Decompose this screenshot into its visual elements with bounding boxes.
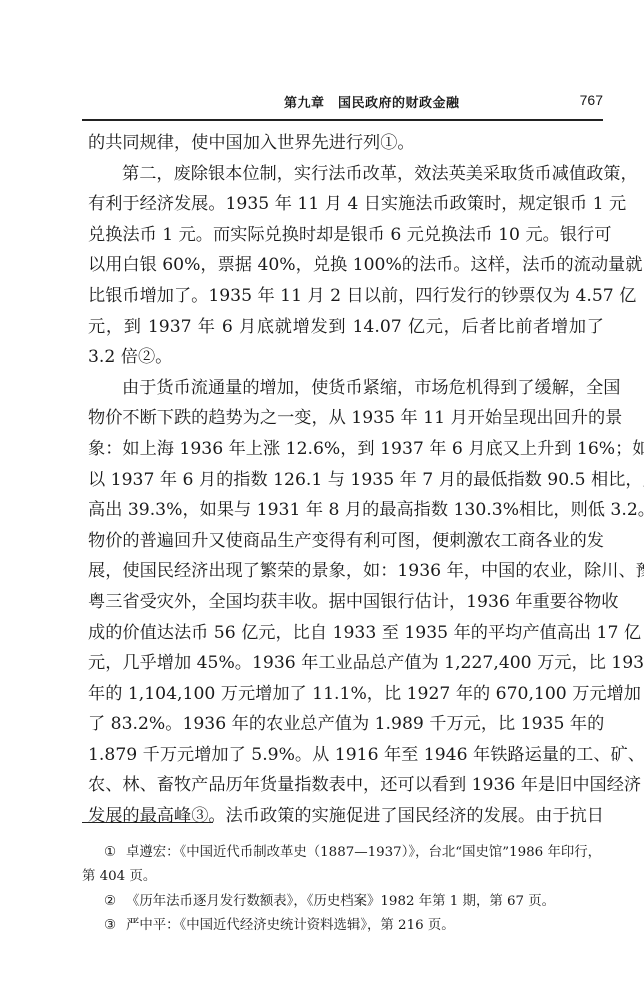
text-line: 元，到 1937 年 6 月底就增发到 14.07 亿元，后者比前者增加了 bbox=[88, 312, 604, 343]
footnote-marker: ② bbox=[82, 890, 116, 914]
paragraph-1: 的共同规律，使中国加入世界先进行列①。 bbox=[88, 128, 604, 159]
footnote-2: ②《历年法币逐月发行数额表》，《历史档案》1982 年第 1 期，第 67 页。 bbox=[82, 890, 622, 914]
footnotes: ①卓遵宏：《中国近代币制改革史（1887—1937）》，台北“国史馆”1986 … bbox=[82, 841, 622, 939]
document-page: 第九章 国民政府的财政金融 767 的共同规律，使中国加入世界先进行列①。 第二… bbox=[0, 0, 644, 1000]
footnote-marker: ③ bbox=[82, 914, 116, 938]
text-line: 物价不断下跌的趋势为之一变，从 1935 年 11 月开始呈现出回升的景 bbox=[88, 403, 604, 434]
text-line: 1.879 千万元增加了 5.9%。从 1916 年至 1946 年铁路运量的工… bbox=[88, 740, 604, 771]
footnote-3: ③严中平：《中国近代经济史统计资料选辑》，第 216 页。 bbox=[82, 914, 622, 938]
footnote-1: ①卓遵宏：《中国近代币制改革史（1887—1937）》，台北“国史馆”1986 … bbox=[82, 841, 622, 890]
text-line: 高出 39.3%，如果与 1931 年 8 月的最高指数 130.3%相比，则低… bbox=[88, 495, 604, 526]
paragraph-2: 第二，废除银本位制，实行法币改革，效法英美采取货币减值政策， 有利于经济发展。1… bbox=[88, 159, 604, 373]
text-line: 发展的最高峰③。法币政策的实施促进了国民经济的发展。由于抗日 bbox=[88, 801, 604, 832]
text-line: 以 1937 年 6 月的指数 126.1 与 1935 年 7 月的最低指数 … bbox=[88, 465, 604, 496]
running-header: 第九章 国民政府的财政金融 767 bbox=[82, 92, 603, 112]
text-line: 元，几乎增加 45%。1936 年工业品总产值为 1,227,400 万元，比 … bbox=[88, 648, 604, 679]
body-text: 的共同规律，使中国加入世界先进行列①。 第二，废除银本位制，实行法币改革，效法英… bbox=[88, 128, 604, 832]
text-line: 农、林、畜牧产品历年货量指数表中，还可以看到 1936 年是旧中国经济 bbox=[88, 770, 604, 801]
text-line: 比银币增加了。1935 年 11 月 2 日以前，四行发行的钞票仅为 4.57 … bbox=[88, 281, 604, 312]
text-line: 粤三省受灾外，全国均获丰收。据中国银行估计，1936 年重要谷物收 bbox=[88, 587, 604, 618]
text-line: 展，使国民经济出现了繁荣的景象，如：1936 年，中国的农业，除川、豫、 bbox=[88, 556, 604, 587]
text-line: 兑换法币 1 元。而实际兑换时却是银币 6 元兑换法币 10 元。银行可 bbox=[88, 220, 604, 251]
footnote-text: 《历年法币逐月发行数额表》，《历史档案》1982 年第 1 期，第 67 页。 bbox=[126, 894, 555, 909]
text-line: 象：如上海 1936 年上涨 12.6%，到 1937 年 6 月底又上升到 1… bbox=[88, 434, 604, 465]
footnote-marker: ① bbox=[82, 841, 116, 865]
text-line: 3.2 倍②。 bbox=[88, 342, 604, 373]
text-line: 以用白银 60%，票据 40%，兑换 100%的法币。这样，法币的流动量就 bbox=[88, 250, 604, 281]
text-line: 第二，废除银本位制，实行法币改革，效法英美采取货币减值政策， bbox=[88, 159, 604, 190]
text-line: 有利于经济发展。1935 年 11 月 4 日实施法币政策时，规定银币 1 元 bbox=[88, 189, 604, 220]
text-line: 由于货币流通量的增加，使货币紧缩，市场危机得到了缓解，全国 bbox=[88, 373, 604, 404]
text-line: 的共同规律，使中国加入世界先进行列①。 bbox=[88, 128, 604, 159]
footnote-divider bbox=[82, 822, 213, 823]
text-line: 年的 1,104,100 万元增加了 11.1%，比 1927 年的 670,1… bbox=[88, 679, 604, 710]
text-line: 成的价值达法币 56 亿元，比自 1933 至 1935 年的平均产值高出 17… bbox=[88, 618, 604, 649]
chapter-title: 第九章 国民政府的财政金融 bbox=[284, 92, 460, 111]
footnote-continuation: 第 404 页。 bbox=[82, 865, 622, 889]
page-number: 767 bbox=[580, 92, 603, 108]
footnote-text: 卓遵宏：《中国近代币制改革史（1887—1937）》，台北“国史馆”1986 年… bbox=[126, 845, 601, 860]
footnote-text: 严中平：《中国近代经济史统计资料选辑》，第 216 页。 bbox=[126, 918, 455, 933]
text-line: 了 83.2%。1936 年的农业总产值为 1.989 千万元，比 1935 年… bbox=[88, 709, 604, 740]
header-rule bbox=[82, 119, 603, 121]
paragraph-3: 由于货币流通量的增加，使货币紧缩，市场危机得到了缓解，全国 物价不断下跌的趋势为… bbox=[88, 373, 604, 832]
text-line: 物价的普遍回升又使商品生产变得有利可图，便刺激农工商各业的发 bbox=[88, 526, 604, 557]
